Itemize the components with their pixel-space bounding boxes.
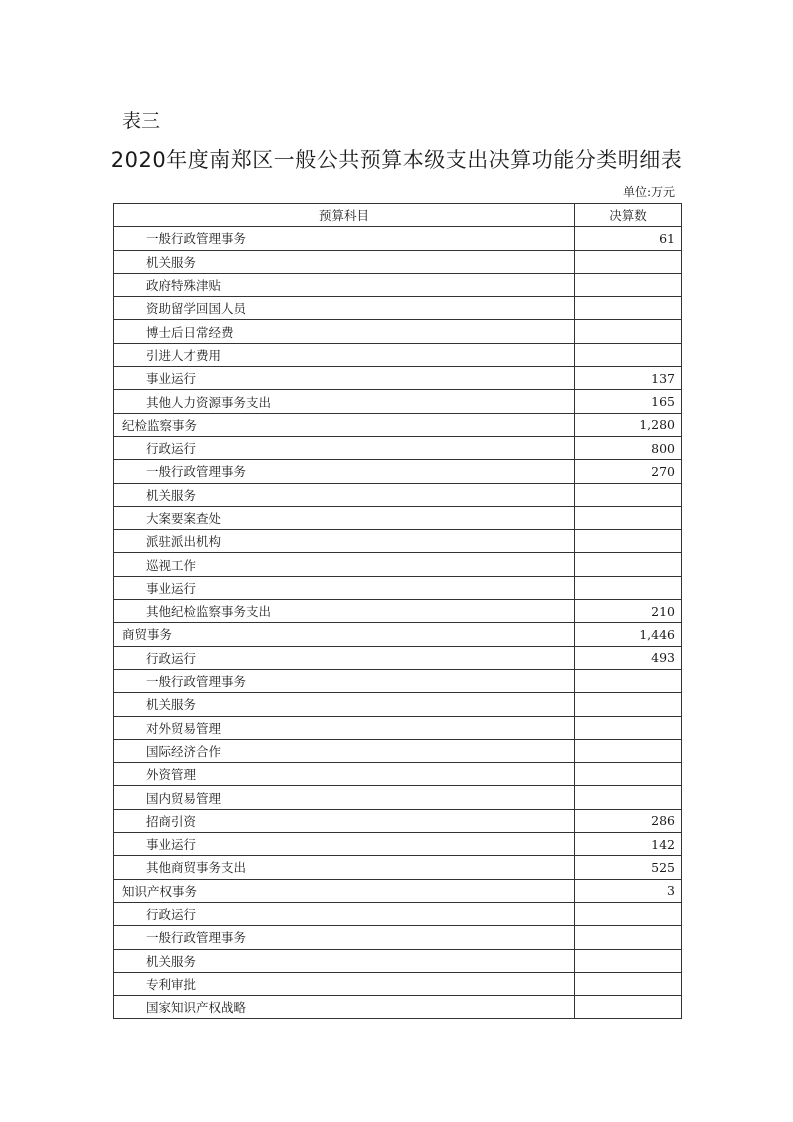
row-subject: 事业运行 — [114, 576, 575, 599]
table-label: 表三 — [122, 106, 160, 133]
table-row: 国内贸易管理 — [114, 786, 682, 809]
table-row: 其他商贸事务支出525 — [114, 856, 682, 879]
table-row: 对外贸易管理 — [114, 716, 682, 739]
table-row: 招商引资286 — [114, 809, 682, 832]
row-subject: 知识产权事务 — [114, 879, 575, 902]
row-subject: 其他商贸事务支出 — [114, 856, 575, 879]
table-row: 专利审批 — [114, 972, 682, 995]
table-row: 一般行政管理事务61 — [114, 227, 682, 250]
row-subject: 其他纪检监察事务支出 — [114, 600, 575, 623]
table-row: 知识产权事务3 — [114, 879, 682, 902]
row-subject: 一般行政管理事务 — [114, 669, 575, 692]
row-subject: 国家知识产权战略 — [114, 996, 575, 1019]
table-row: 一般行政管理事务 — [114, 926, 682, 949]
row-amount: 3 — [575, 879, 682, 902]
row-amount — [575, 506, 682, 529]
row-subject: 派驻派出机构 — [114, 530, 575, 553]
row-amount: 800 — [575, 436, 682, 459]
row-subject: 其他人力资源事务支出 — [114, 390, 575, 413]
row-amount: 165 — [575, 390, 682, 413]
row-amount: 525 — [575, 856, 682, 879]
table-row: 行政运行 — [114, 902, 682, 925]
budget-table: 预算科目 决算数 一般行政管理事务61机关服务政府特殊津贴资助留学回国人员博士后… — [113, 203, 682, 1019]
table-row: 国际经济合作 — [114, 739, 682, 762]
table-body: 一般行政管理事务61机关服务政府特殊津贴资助留学回国人员博士后日常经费引进人才费… — [114, 227, 682, 1019]
table-row: 大案要案查处 — [114, 506, 682, 529]
table-row: 一般行政管理事务 — [114, 669, 682, 692]
row-subject: 商贸事务 — [114, 623, 575, 646]
row-amount — [575, 972, 682, 995]
row-subject: 资助留学回国人员 — [114, 297, 575, 320]
row-amount: 270 — [575, 460, 682, 483]
row-subject: 行政运行 — [114, 436, 575, 459]
table-row: 机关服务 — [114, 693, 682, 716]
row-amount: 493 — [575, 646, 682, 669]
row-subject: 一般行政管理事务 — [114, 227, 575, 250]
row-subject: 引进人才费用 — [114, 343, 575, 366]
row-amount: 1,280 — [575, 413, 682, 436]
table-row: 国家知识产权战略 — [114, 996, 682, 1019]
table-row: 其他人力资源事务支出165 — [114, 390, 682, 413]
table-row: 一般行政管理事务270 — [114, 460, 682, 483]
row-subject: 国际经济合作 — [114, 739, 575, 762]
row-amount — [575, 693, 682, 716]
table-row: 事业运行137 — [114, 367, 682, 390]
row-amount — [575, 297, 682, 320]
row-amount — [575, 739, 682, 762]
unit-label: 单位:万元 — [623, 183, 675, 200]
table-header-row: 预算科目 决算数 — [114, 204, 682, 227]
table-row: 商贸事务1,446 — [114, 623, 682, 646]
row-subject: 机关服务 — [114, 949, 575, 972]
row-amount — [575, 320, 682, 343]
table-row: 行政运行493 — [114, 646, 682, 669]
row-amount — [575, 553, 682, 576]
row-subject: 招商引资 — [114, 809, 575, 832]
row-subject: 行政运行 — [114, 902, 575, 925]
row-subject: 事业运行 — [114, 833, 575, 856]
row-subject: 大案要案查处 — [114, 506, 575, 529]
table-row: 纪检监察事务1,280 — [114, 413, 682, 436]
row-amount — [575, 763, 682, 786]
row-subject: 国内贸易管理 — [114, 786, 575, 809]
row-subject: 专利审批 — [114, 972, 575, 995]
row-subject: 一般行政管理事务 — [114, 926, 575, 949]
row-amount: 142 — [575, 833, 682, 856]
row-amount — [575, 343, 682, 366]
row-amount — [575, 576, 682, 599]
row-amount — [575, 949, 682, 972]
table-row: 机关服务 — [114, 949, 682, 972]
row-amount: 286 — [575, 809, 682, 832]
row-amount: 1,446 — [575, 623, 682, 646]
table-row: 行政运行800 — [114, 436, 682, 459]
row-subject: 一般行政管理事务 — [114, 460, 575, 483]
table-row: 外资管理 — [114, 763, 682, 786]
table-row: 资助留学回国人员 — [114, 297, 682, 320]
row-subject: 行政运行 — [114, 646, 575, 669]
row-amount — [575, 273, 682, 296]
table-row: 机关服务 — [114, 483, 682, 506]
row-subject: 对外贸易管理 — [114, 716, 575, 739]
row-subject: 政府特殊津贴 — [114, 273, 575, 296]
row-amount: 61 — [575, 227, 682, 250]
row-subject: 博士后日常经费 — [114, 320, 575, 343]
row-amount — [575, 483, 682, 506]
row-amount — [575, 250, 682, 273]
row-amount — [575, 786, 682, 809]
row-subject: 纪检监察事务 — [114, 413, 575, 436]
page-title: 2020年度南郑区一般公共预算本级支出决算功能分类明细表 — [0, 144, 793, 174]
row-amount: 210 — [575, 600, 682, 623]
table-row: 机关服务 — [114, 250, 682, 273]
row-subject: 事业运行 — [114, 367, 575, 390]
row-amount: 137 — [575, 367, 682, 390]
table-row: 博士后日常经费 — [114, 320, 682, 343]
row-subject: 机关服务 — [114, 693, 575, 716]
table-row: 引进人才费用 — [114, 343, 682, 366]
row-amount — [575, 669, 682, 692]
row-amount — [575, 902, 682, 925]
header-amount: 决算数 — [575, 204, 682, 227]
header-subject: 预算科目 — [114, 204, 575, 227]
row-amount — [575, 530, 682, 553]
table-row: 事业运行 — [114, 576, 682, 599]
table-row: 其他纪检监察事务支出210 — [114, 600, 682, 623]
row-amount — [575, 926, 682, 949]
row-amount — [575, 716, 682, 739]
row-subject: 机关服务 — [114, 250, 575, 273]
table-row: 事业运行142 — [114, 833, 682, 856]
row-subject: 机关服务 — [114, 483, 575, 506]
table-row: 巡视工作 — [114, 553, 682, 576]
row-amount — [575, 996, 682, 1019]
row-subject: 巡视工作 — [114, 553, 575, 576]
table-row: 政府特殊津贴 — [114, 273, 682, 296]
row-subject: 外资管理 — [114, 763, 575, 786]
table-row: 派驻派出机构 — [114, 530, 682, 553]
